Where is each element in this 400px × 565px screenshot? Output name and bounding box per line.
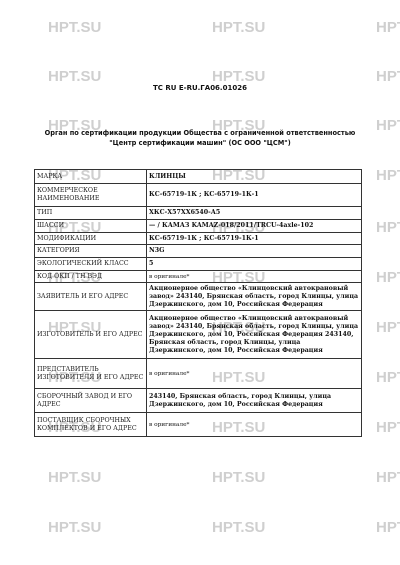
row-value: в оригинале* [147,359,362,389]
table-row-okp-code: КОД ОКП / ТН ВЭД в оригинале* [35,271,362,283]
row-value: Акционерное общество «Клинцовский автокр… [147,283,362,311]
document-page: TC RU E-RU.ГА06.01026 Орган по сертифика… [0,0,400,565]
table-row-assembly-plant: СБОРОЧНЫЙ ЗАВОД И ЕГО АДРЕС 243140, Брян… [35,389,362,413]
row-value: в оригинале* [147,413,362,437]
row-value: ХКС-Х57ХХ6540-А5 [147,207,362,220]
row-label: КАТЕГОРИЯ [35,245,147,258]
row-value: N3G [147,245,362,258]
table-row-type: ТИП ХКС-Х57ХХ6540-А5 [35,207,362,220]
row-label: ШАССИ [35,220,147,233]
row-value: 5 [147,258,362,271]
table-row-commercial-name: КОММЕРЧЕСКОЕ НАИМЕНОВАНИЕ КС-65719-1К ; … [35,184,362,207]
row-label: ПОСТАВЩИК СБОРОЧНЫХ КОМПЛЕКТОВ И ЕГО АДР… [35,413,147,437]
row-label: ЗАЯВИТЕЛЬ И ЕГО АДРЕС [35,283,147,311]
row-label: МАРКА [35,170,147,184]
row-label: КОД ОКП / ТН ВЭД [35,271,147,283]
row-label: ТИП [35,207,147,220]
table-row-modifications: МОДИФИКАЦИИ КС-65719-1К ; КС-65719-1К-1 [35,233,362,245]
row-value: КС-65719-1К ; КС-65719-1К-1 [147,184,362,207]
row-value: КЛИНЦЫ [147,170,362,184]
row-label: КОММЕРЧЕСКОЕ НАИМЕНОВАНИЕ [35,184,147,207]
row-value: КС-65719-1К ; КС-65719-1К-1 [147,233,362,245]
row-label: ЭКОЛОГИЧЕСКИЙ КЛАСС [35,258,147,271]
row-value: — / КАМАЗ KAMAZ-018/2011/TRCU-4axle-102 [147,220,362,233]
row-value: в оригинале* [147,271,362,283]
table-row-category: КАТЕГОРИЯ N3G [35,245,362,258]
table-row-applicant: ЗАЯВИТЕЛЬ И ЕГО АДРЕС Акционерное общест… [35,283,362,311]
row-value: Акционерное общество «Клинцовский автокр… [147,311,362,359]
table-row-kit-supplier: ПОСТАВЩИК СБОРОЧНЫХ КОМПЛЕКТОВ И ЕГО АДР… [35,413,362,437]
row-label: СБОРОЧНЫЙ ЗАВОД И ЕГО АДРЕС [35,389,147,413]
row-value: 243140, Брянская область, город Клинцы, … [147,389,362,413]
table-row-eco-class: ЭКОЛОГИЧЕСКИЙ КЛАСС 5 [35,258,362,271]
row-label: ИЗГОТОВИТЕЛЬ И ЕГО АДРЕС [35,311,147,359]
row-label: МОДИФИКАЦИИ [35,233,147,245]
certificate-number: TC RU E-RU.ГА06.01026 [0,84,400,92]
table-row-manufacturer-representative: ПРЕДСТАВИТЕЛЬ ИЗГОТОВИТЕЛЯ И ЕГО АДРЕС в… [35,359,362,389]
vehicle-spec-table: МАРКА КЛИНЦЫ КОММЕРЧЕСКОЕ НАИМЕНОВАНИЕ К… [34,169,362,437]
table-row-chassis: ШАССИ — / КАМАЗ KAMAZ-018/2011/TRCU-4axl… [35,220,362,233]
row-label: ПРЕДСТАВИТЕЛЬ ИЗГОТОВИТЕЛЯ И ЕГО АДРЕС [35,359,147,389]
table-row-manufacturer: ИЗГОТОВИТЕЛЬ И ЕГО АДРЕС Акционерное общ… [35,311,362,359]
table-row-brand: МАРКА КЛИНЦЫ [35,170,362,184]
certification-body: Орган по сертификации продукции Общества… [30,128,370,148]
